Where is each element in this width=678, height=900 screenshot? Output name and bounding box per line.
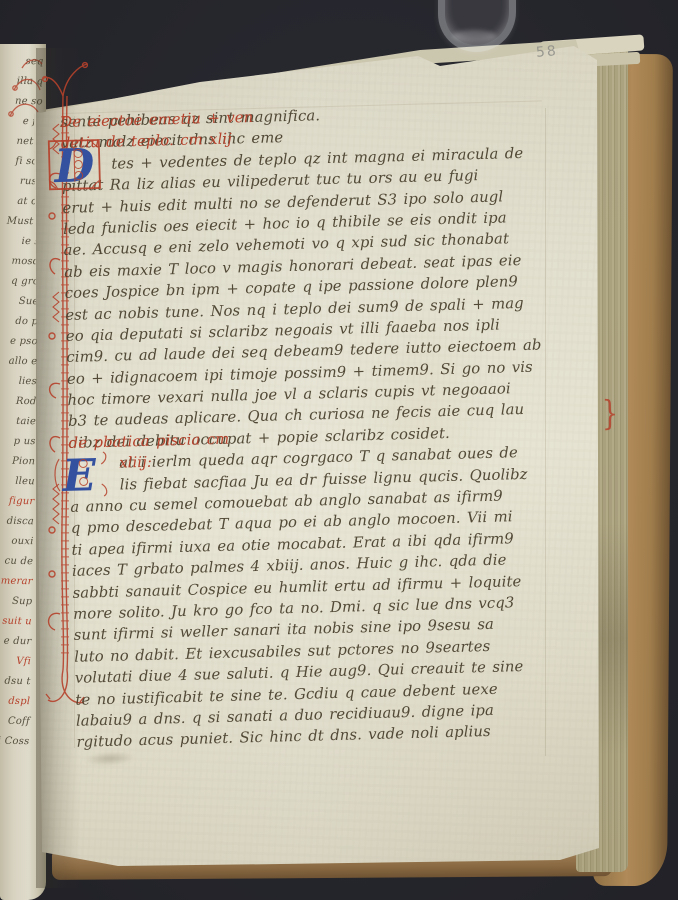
manuscript-line: eo qia deputati si sclaribz negoais vt i… (66, 325, 117, 348)
manuscript-line: ab eis maxie T loco v magis honorari deb… (64, 260, 115, 283)
initial-letter: D (52, 138, 95, 191)
rubric-bracket: } (602, 404, 619, 425)
illuminated-initial-E: E (53, 450, 110, 499)
manuscript-line: iaces T grbato palmes 4 xbiij. anos. Hui… (72, 560, 123, 583)
previous-page-fragment: Coff (0, 711, 39, 732)
manuscript-line: a anno cu semel comouebat ab anglo sanab… (70, 496, 121, 519)
previous-page-fragment: merar (0, 572, 42, 593)
previous-page-fragment: dsu t (0, 671, 40, 692)
previous-page-fragment: e dur (0, 632, 41, 653)
manuscript-line: est ac nobis tune. Nos nq i teplo dei su… (65, 303, 116, 326)
previous-page-fragment: disca (0, 512, 43, 533)
manuscript-line: luto no dabit. Et iexcusabiles sut pctor… (74, 645, 125, 668)
manuscript-line: volutati diue 4 sue saluti. q Hie aug9. … (75, 667, 126, 690)
initial-letter: E (60, 450, 98, 499)
manuscript-photo: seqilla qne soe fanet rfi sctrustat oiMu… (0, 0, 678, 900)
previous-page-fragment: Sup (0, 592, 41, 613)
illuminated-initial-D: D (47, 138, 102, 191)
manuscript-line: rgitudo acus puniet. Sic hinc dt dns. va… (76, 731, 127, 754)
previous-page-fragment: dspl (0, 691, 39, 712)
manuscript-line: leda funiclis oes eiecit + hoc io q thib… (63, 218, 114, 241)
manuscript-line: more solito. Ju kro go fco ta no. Dmi. q… (73, 603, 124, 626)
manuscript-line: b3 te audeas aplicare. Qua ch curiosa ne… (68, 410, 119, 433)
manuscript-line: ae. Accusq e eni zelo vehemoti vo q xpi … (63, 239, 114, 262)
manuscript-line: sunt ifirmi si weller sanari ita nobis s… (73, 624, 124, 647)
previous-page-fragment: cu de (0, 552, 42, 573)
transparent-page-strap (438, 0, 516, 52)
previous-page-fragment: lleu (0, 472, 44, 493)
manuscript-line: q pmo descedebat T aqua po ei ab anglo m… (71, 517, 122, 540)
previous-page-fragment: figur (0, 492, 44, 513)
previous-page-fragment: i Coss (0, 731, 39, 752)
manuscript-line: hoc timore vexari nulla joe vl a sclaris… (67, 389, 118, 412)
previous-page-fragment: ouxi (0, 532, 43, 553)
manuscript-line: labaiu9 a dns. q si sanati a duo recidiu… (76, 709, 127, 732)
folio-number: 58 (535, 43, 558, 61)
rubric-text: xliij: (119, 452, 152, 474)
manuscript-line: erut + huis edit multi no se defenderut … (62, 196, 113, 219)
strap-highlight (452, 30, 496, 42)
manuscript-line: ti apea ifirmi iuxa ea otie mocabat. Era… (71, 538, 122, 561)
previous-page-fragment: suit u (0, 612, 41, 633)
manuscript-line: sente pehibeas qz sint magnifica. De eie… (60, 111, 111, 134)
manuscript-line: coes Jospice bn ipm + copate q ipe passi… (64, 282, 115, 305)
manuscript-line: cim9. cu ad laude dei seq debeam9 tedere… (66, 346, 117, 369)
previous-page-fragment: Vfi (0, 651, 40, 672)
manuscript-line: te no iustificabit te sine te. Gcdiu q c… (75, 688, 126, 711)
manuscript-line: sabbti sanauit Cospice eu humlit ertu ad… (72, 581, 123, 604)
manuscript-line: eo + idignacoem ipi timoje possim9 + tim… (67, 367, 118, 390)
